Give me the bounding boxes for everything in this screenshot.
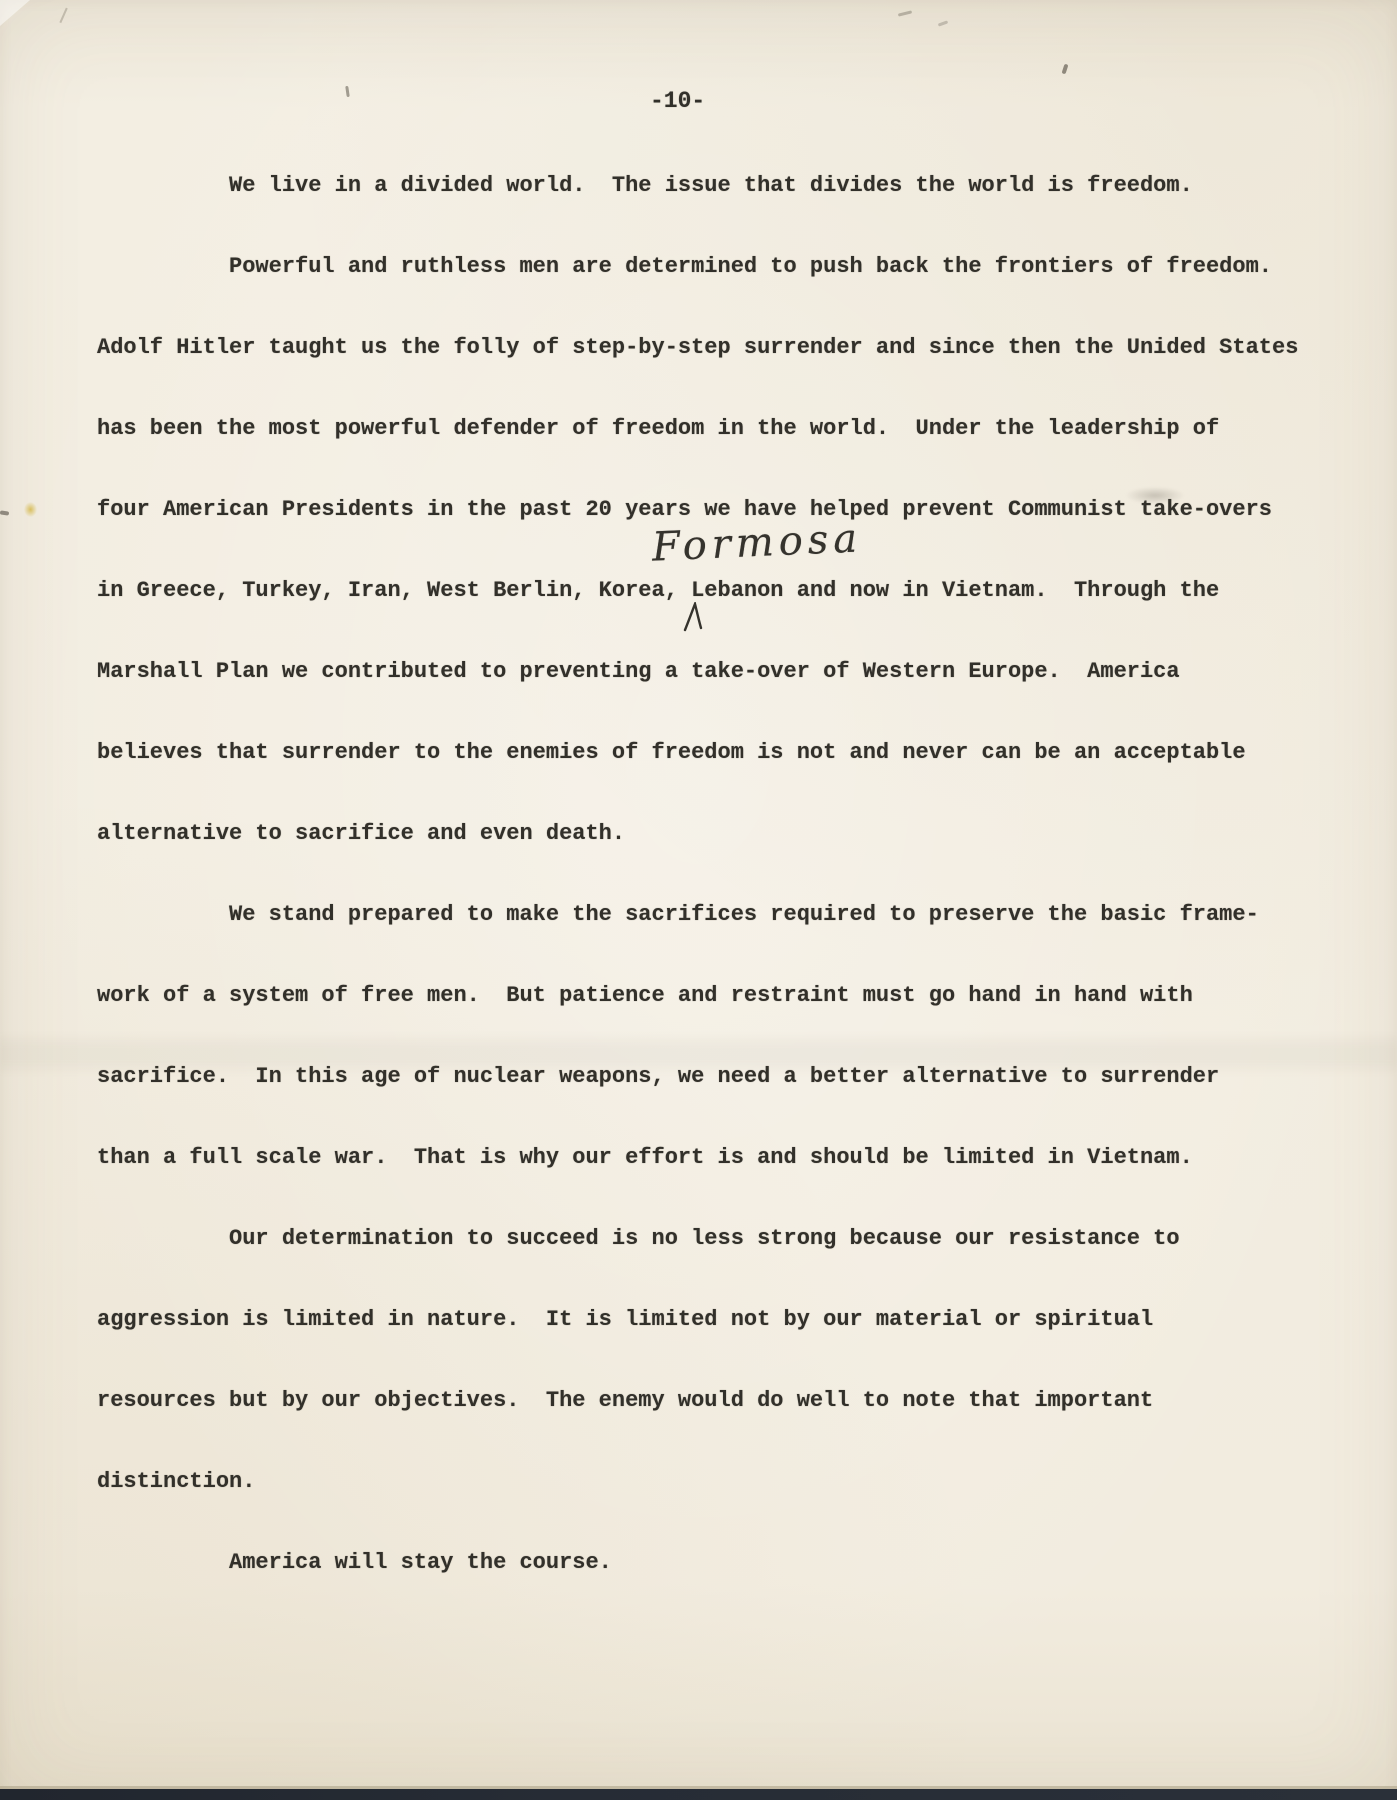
typed-line: aggression is limited in nature. It is l… xyxy=(97,1307,1357,1388)
pen-tick-mark xyxy=(345,86,350,97)
scan-band-artifact xyxy=(0,1032,1397,1076)
typed-line: Our determination to succeed is no less … xyxy=(97,1226,1357,1307)
typed-line: alternative to sacrifice and even death. xyxy=(97,821,1357,902)
scanned-document-page: -10- We live in a divided world. The iss… xyxy=(0,0,1397,1800)
handwritten-insertion-word: Formosa xyxy=(651,515,863,570)
insertion-caret-icon xyxy=(681,602,707,634)
scan-bottom-edge-strip xyxy=(0,1789,1397,1800)
typed-line: Adolf Hitler taught us the folly of step… xyxy=(97,335,1357,416)
typed-line: than a full scale war. That is why our e… xyxy=(97,1145,1357,1226)
typed-line: has been the most powerful defender of f… xyxy=(97,416,1357,497)
corner-fold-mark xyxy=(0,0,30,26)
typed-line: Marshall Plan we contributed to preventi… xyxy=(97,659,1357,740)
typed-line: resources but by our objectives. The ene… xyxy=(97,1388,1357,1469)
typed-line: distinction. xyxy=(97,1469,1357,1550)
typed-text-block: We live in a divided world. The issue th… xyxy=(97,173,1357,1631)
typed-line: America will stay the course. xyxy=(97,1550,1357,1631)
pencil-speck xyxy=(938,20,948,26)
typed-line: believes that surrender to the enemies o… xyxy=(97,740,1357,821)
edge-mark xyxy=(0,510,9,515)
typed-line: We stand prepared to make the sacrifices… xyxy=(97,902,1357,983)
paper-stain xyxy=(24,502,37,517)
pencil-speck xyxy=(898,10,912,16)
page-number: -10- xyxy=(650,88,705,114)
pen-tick-mark xyxy=(1062,64,1069,75)
typed-line: sacrifice. In this age of nuclear weapon… xyxy=(97,1064,1357,1145)
corner-scratch-mark xyxy=(59,8,79,29)
typed-line: Powerful and ruthless men are determined… xyxy=(97,254,1357,335)
typed-line: in Greece, Turkey, Iran, West Berlin, Ko… xyxy=(97,578,1357,659)
typed-line: We live in a divided world. The issue th… xyxy=(97,173,1357,254)
